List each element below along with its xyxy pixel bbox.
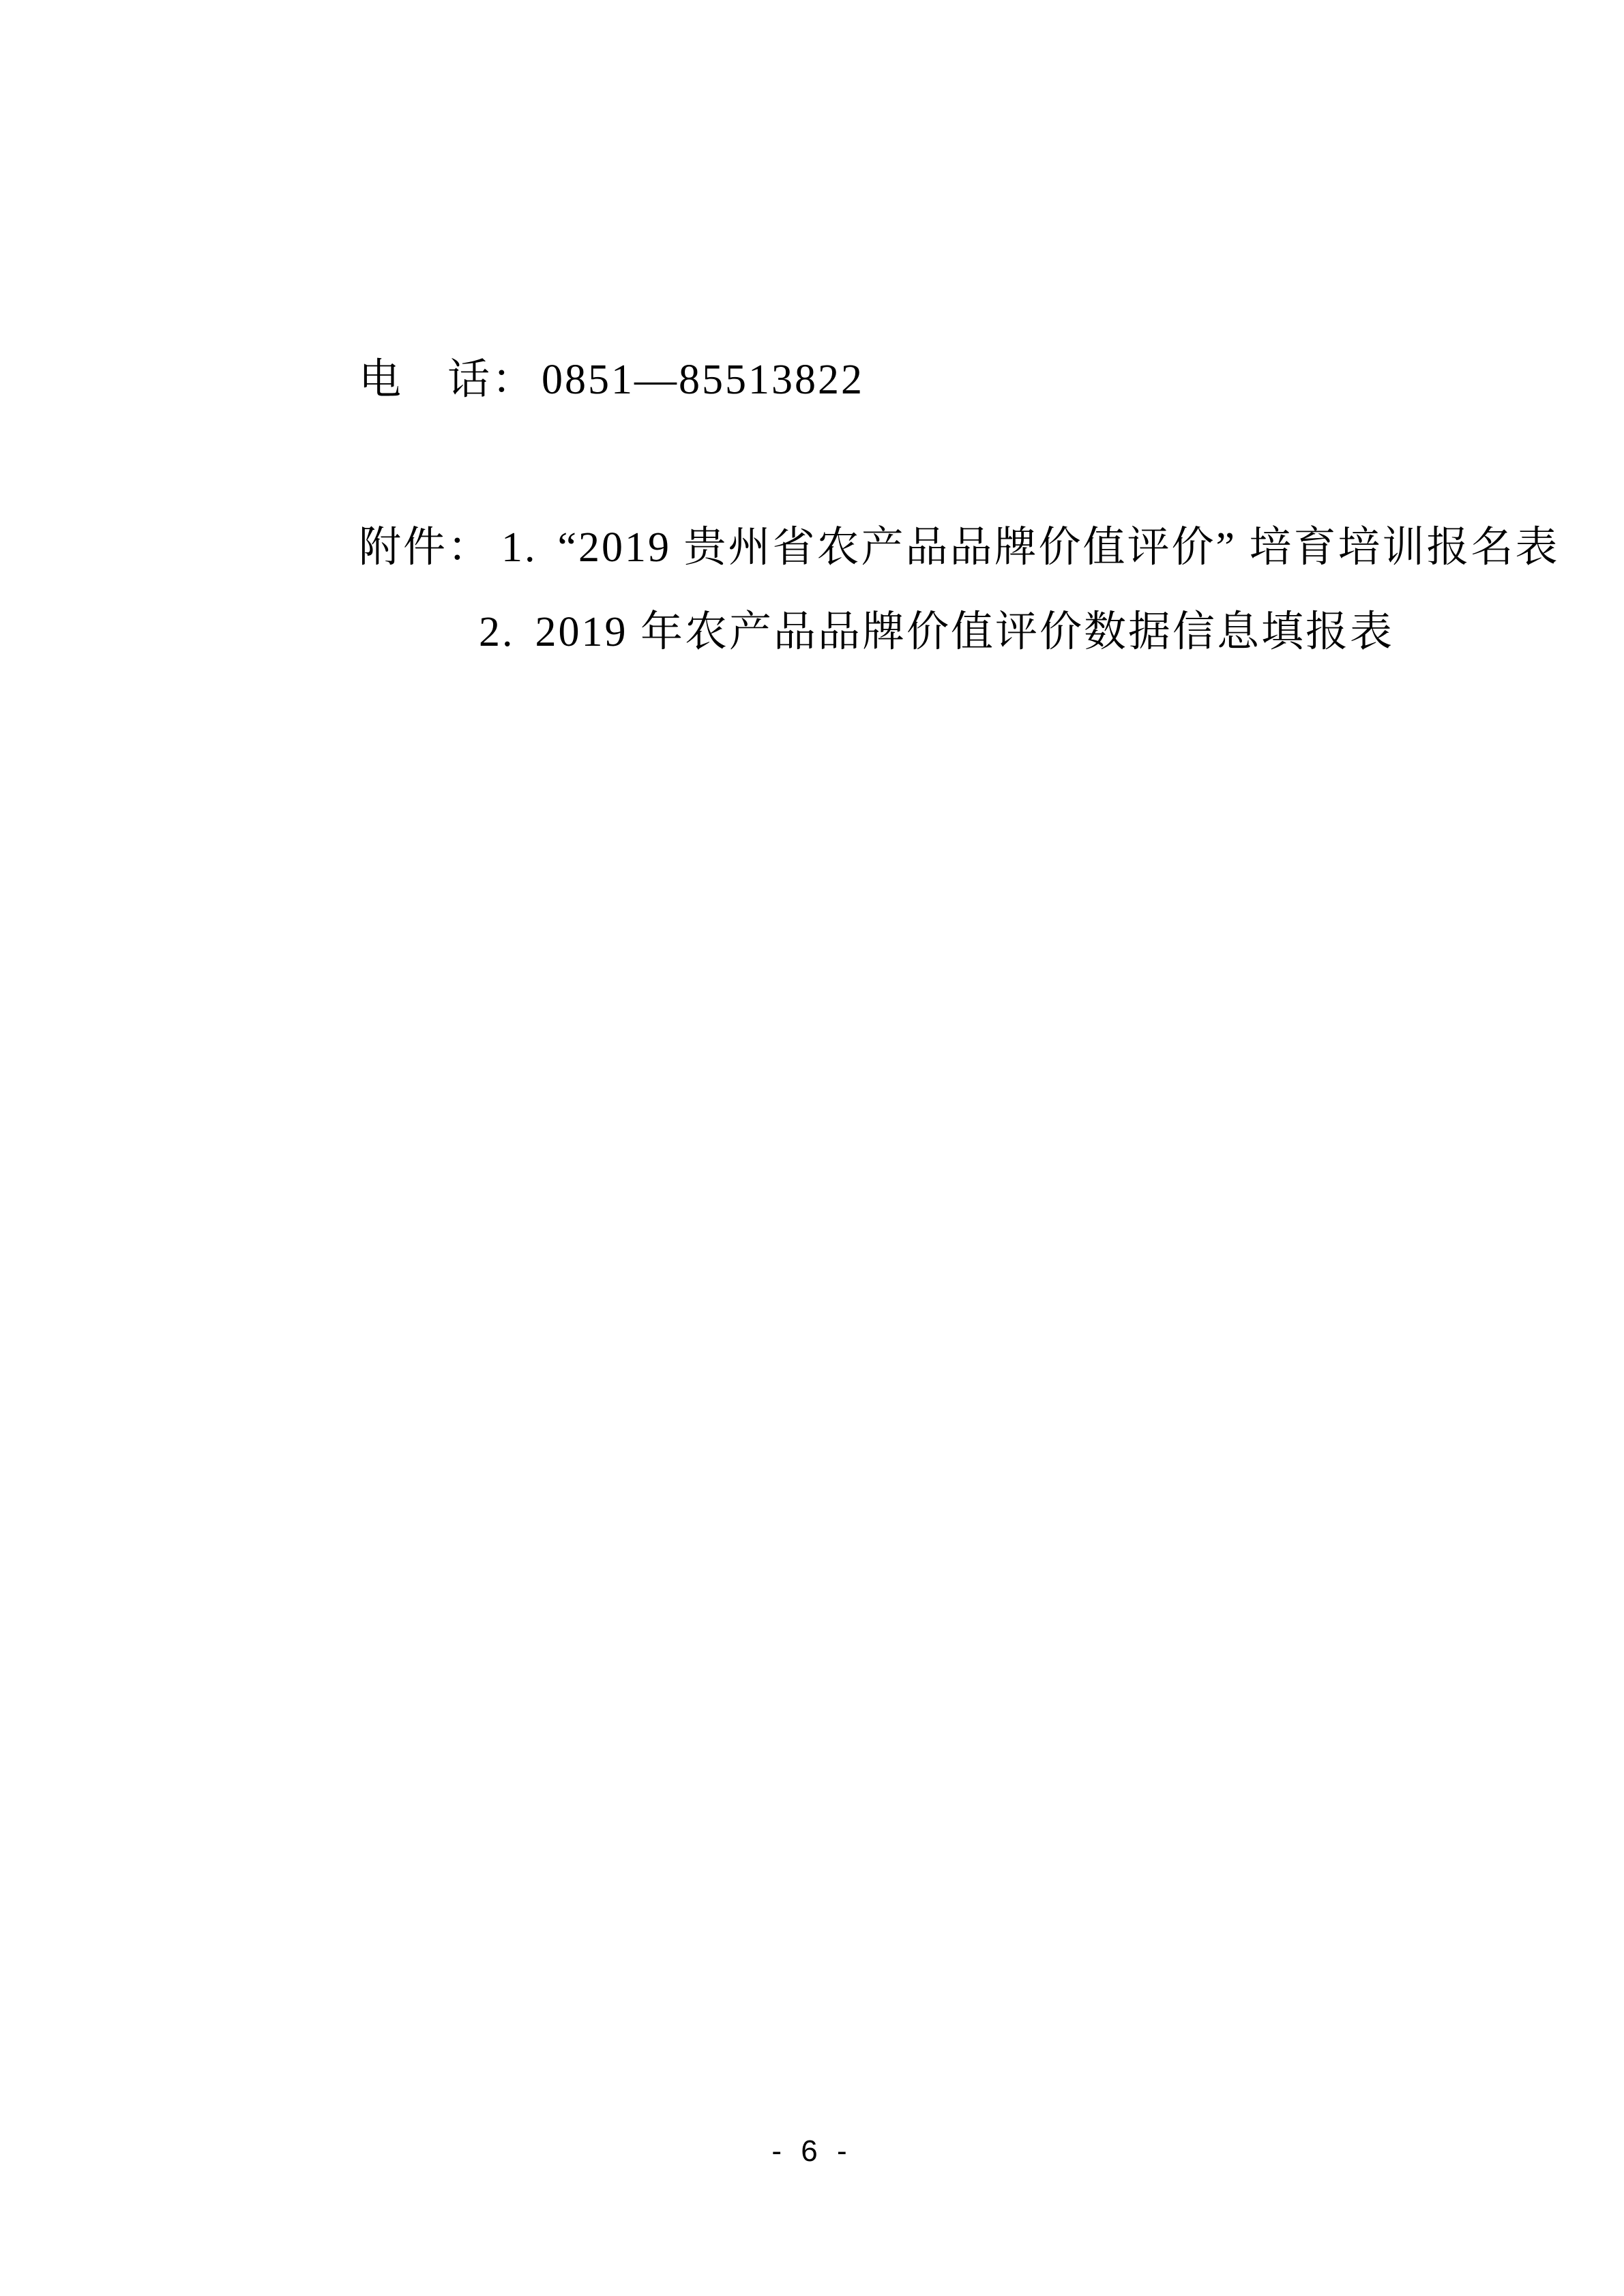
attachment-2-title: 2019 年农产品品牌价值评价数据信息填报表	[535, 609, 1395, 655]
phone-line: 电 话：0851—85513822	[308, 300, 864, 460]
page-number: - 6 -	[0, 2134, 1624, 2168]
attachment-2-index: 2.	[479, 609, 515, 655]
attachment-line-2: 2.2019 年农产品品牌价值评价数据信息填报表	[428, 552, 1394, 712]
document-page: 电 话：0851—85513822 附件：1.“2019 贵州省农产品品牌价值评…	[0, 0, 1624, 2296]
phone-label: 电 话：	[359, 357, 536, 403]
phone-number: 0851—85513822	[542, 357, 864, 403]
